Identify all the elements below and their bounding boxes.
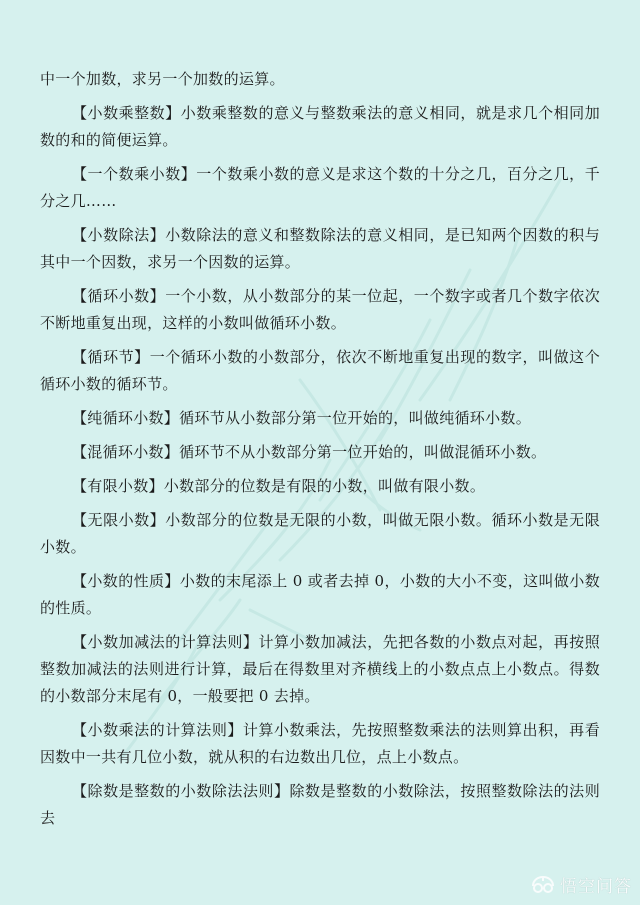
document-page: 中一个加数，求另一个加数的运算。 【小数乘整数】小数乘整数的意义与整数乘法的意义… [40, 66, 600, 839]
paragraph-decimal-times-integer: 【小数乘整数】小数乘整数的意义与整数乘法的意义相同，就是求几个相同加数的和的简便… [40, 100, 600, 154]
paragraph-decimal-multiplication-rule: 【小数乘法的计算法则】计算小数乘法，先按照整数乘法的法则算出积，再看因数中一共有… [40, 717, 600, 771]
paragraph-decimal-add-subtract-rule: 【小数加减法的计算法则】计算小数加减法，先把各数的小数点对起，再按照整数加减法的… [40, 629, 600, 710]
paragraph-finite-decimal: 【有限小数】小数部分的位数是有限的小数，叫做有限小数。 [40, 473, 600, 500]
paragraph-repeating-decimal: 【循环小数】一个小数，从小数部分的某一位起，一个数字或者几个数字依次不断地重复出… [40, 283, 600, 337]
paragraph-term: 【无限小数】 [72, 511, 165, 529]
paragraph-term: 【纯循环小数】 [72, 409, 179, 427]
paragraph-term: 【小数除法】 [72, 226, 165, 244]
paragraph-term: 【小数加减法的计算法则】 [72, 633, 258, 651]
paragraph-term: 【小数乘法的计算法则】 [72, 721, 243, 739]
paragraph-term: 【有限小数】 [72, 477, 164, 495]
paragraph-term: 【小数乘整数】 [72, 104, 181, 122]
paragraph-decimal-property: 【小数的性质】小数的末尾添上 0 或者去掉 0，小数的大小不变，这叫做小数的性质… [40, 568, 600, 622]
paragraph-mixed-repeating-decimal: 【混循环小数】循环节不从小数部分第一位开始的，叫做混循环小数。 [40, 439, 600, 466]
paragraph-addition-continuation: 中一个加数，求另一个加数的运算。 [40, 66, 600, 93]
paragraph-text: 循环节不从小数部分第一位开始的，叫做混循环小数。 [179, 443, 546, 461]
paragraph-term: 【循环节】 [72, 348, 150, 366]
paragraph-text: 小数部分的位数是有限的小数，叫做有限小数。 [164, 477, 485, 495]
paragraph-decimal-division: 【小数除法】小数除法的意义和整数除法的意义相同，是已知两个因数的积与其中一个因数… [40, 222, 600, 276]
paragraph-text: 循环节从小数部分第一位开始的，叫做纯循环小数。 [179, 409, 531, 427]
paragraph-term: 【循环小数】 [72, 287, 165, 305]
paragraph-term: 【小数的性质】 [72, 572, 180, 590]
logo-text: 悟空问答 [560, 872, 632, 897]
paragraph-pure-repeating-decimal: 【纯循环小数】循环节从小数部分第一位开始的，叫做纯循环小数。 [40, 405, 600, 432]
wukong-logo: 悟空问答 [530, 872, 632, 897]
paragraph-decimal-division-rule: 【除数是整数的小数除法法则】除数是整数的小数除法，按照整数除法的法则去 [40, 778, 600, 832]
paragraph-term: 【混循环小数】 [72, 443, 179, 461]
paragraph-term: 【一个数乘小数】 [72, 165, 196, 183]
paragraph-infinite-decimal: 【无限小数】小数部分的位数是无限的小数，叫做无限小数。循环小数是无限小数。 [40, 507, 600, 561]
paragraph-repetend: 【循环节】一个循环小数的小数部分，依次不断地重复出现的数字，叫做这个循环小数的循… [40, 344, 600, 398]
paragraph-text: 中一个加数，求另一个加数的运算。 [40, 70, 285, 88]
wukong-icon [530, 876, 556, 894]
paragraph-term: 【除数是整数的小数除法法则】 [72, 782, 290, 800]
paragraph-number-times-decimal: 【一个数乘小数】一个数乘小数的意义是求这个数的十分之几，百分之几，千分之几…… [40, 161, 600, 215]
